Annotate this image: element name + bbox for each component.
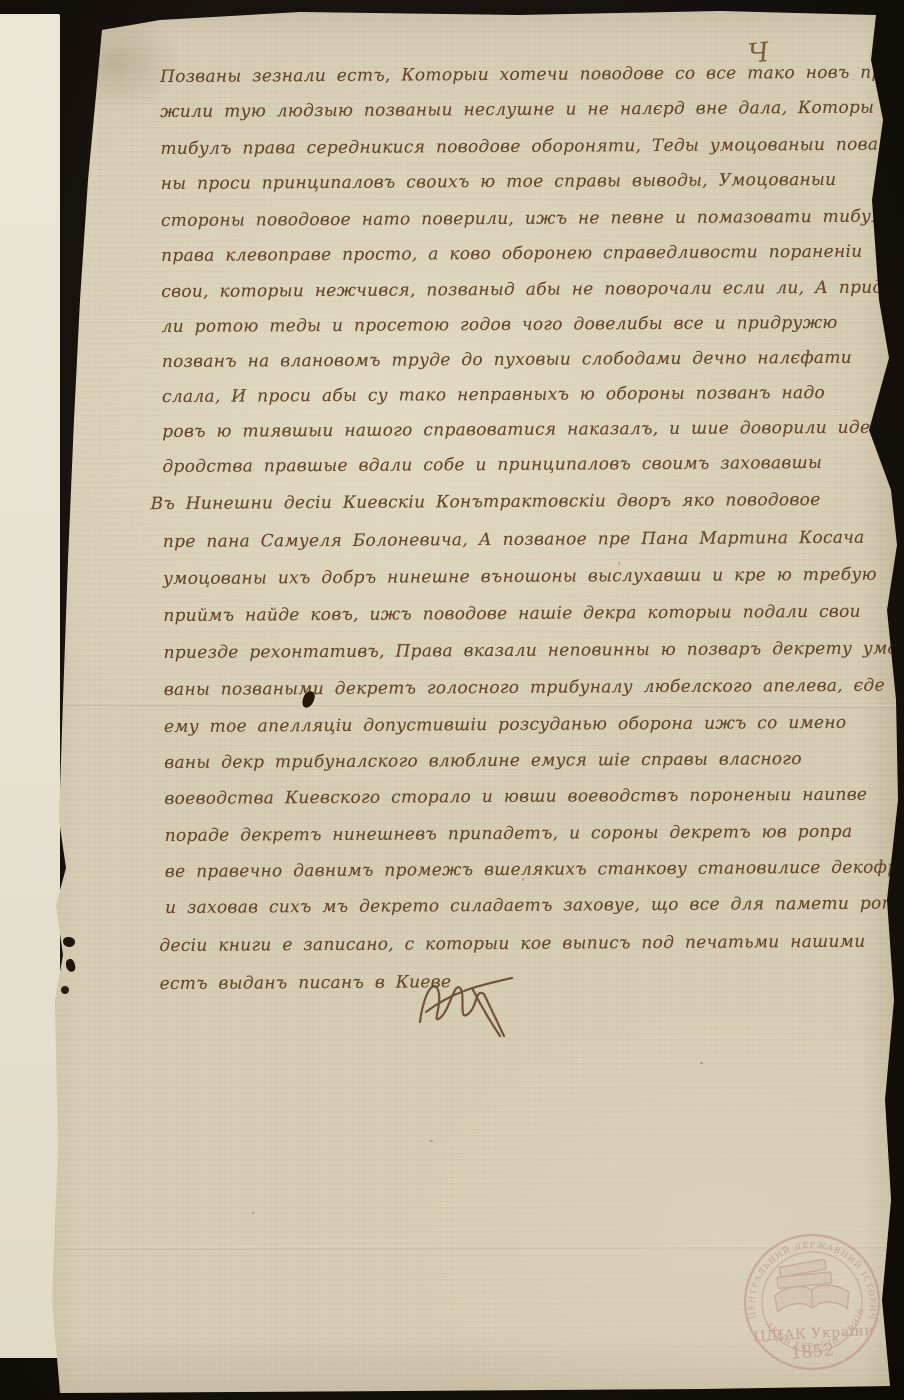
stamp-books-icon <box>773 1258 850 1312</box>
manuscript-line: дродства правшые вдали собе и принципало… <box>162 453 862 477</box>
backing-sheet <box>0 14 60 1358</box>
manuscript-line: ровъ ю тиявшыи нашого справоватися наказ… <box>162 418 862 442</box>
manuscript-page: Ч Позваны зезнали естъ, Которыи хотечи п… <box>0 0 904 1400</box>
archive-stamp: ЦЕНТРАЛЬНИЙ ДЕРЖАВНИЙ ІСТОРИЧНИЙ АРХІВ У… <box>720 1212 904 1391</box>
manuscript-line: позванъ на влановомъ труде до пуховыи сл… <box>162 348 862 372</box>
manuscript-line: пораде декретъ нинешневъ припадетъ, и со… <box>165 822 865 846</box>
manuscript-line: свои, которыи нежчився, позваныд абы не … <box>161 278 861 302</box>
manuscript-line: пре пана Самуеля Болоневича, А позваное … <box>163 528 863 552</box>
margin-ink-dot <box>61 986 69 994</box>
manuscript-line: слала, И проси абы су тако неправныхъ ю … <box>162 383 862 407</box>
manuscript-line: ваны позваными декретъ голосного трибуна… <box>164 676 864 700</box>
manuscript-line: стороны поводовое нато поверили, ижъ не … <box>161 207 861 231</box>
manuscript-line: жили тую людзыю позваныи неслушне и не н… <box>160 98 860 122</box>
manuscript-text: Позваны зезнали естъ, Которыи хотечи пов… <box>0 0 904 1400</box>
manuscript-line: и заховав сихъ мъ декрето силадаетъ захо… <box>165 894 865 918</box>
stamp-number: 1852 <box>790 1340 835 1364</box>
manuscript-line: воеводства Киевского сторало и ювши воев… <box>164 785 864 809</box>
manuscript-line: права клевоправе просто, а ково оборонею… <box>161 242 861 266</box>
manuscript-line: приймъ найде ковъ, ижъ поводове нашіе де… <box>163 602 863 626</box>
manuscript-line: тибулъ права середникися поводове оборон… <box>160 135 860 159</box>
manuscript-line: десіи книги е записано, с которыи кое вы… <box>159 932 859 956</box>
manuscript-line: приезде рехонтативъ, Права вказали непов… <box>164 639 864 663</box>
manuscript-line: ве правечно давнимъ промежъ вшелякихъ ст… <box>165 858 865 882</box>
manuscript-line: ему тое апелляціи допустившіи розсуданью… <box>164 713 864 737</box>
margin-ink-dot <box>63 937 75 947</box>
manuscript-line: ли ротою теды и просетою годов чого дове… <box>162 313 862 337</box>
manuscript-line: умоцованы ихъ добръ нинешне въношоны выс… <box>163 565 863 589</box>
manuscript-line: ны проси принципаловъ своихъ ю тое справ… <box>161 170 861 194</box>
manuscript-line: Въ Нинешни десіи Киевскіи Конътрактовскі… <box>151 490 851 514</box>
notary-paraph-flourish <box>412 962 522 1042</box>
manuscript-line: ваны декр трибуналского влюблине емуся ш… <box>164 749 864 773</box>
manuscript-line: Позваны зезнали естъ, Которыи хотечи пов… <box>160 63 860 87</box>
scan-backdrop: Ч Позваны зезнали естъ, Которыи хотечи п… <box>0 0 904 1400</box>
